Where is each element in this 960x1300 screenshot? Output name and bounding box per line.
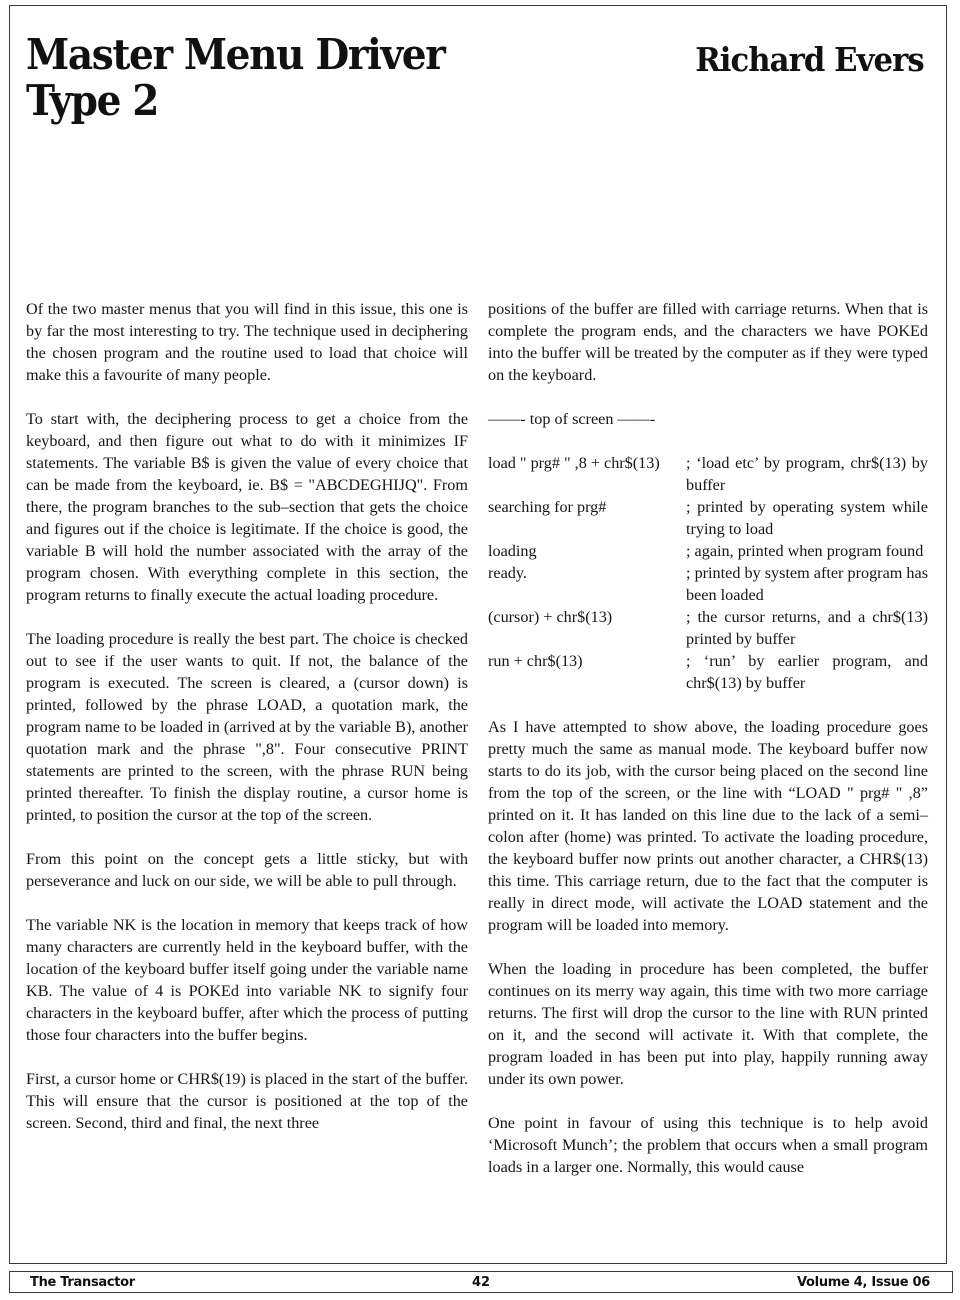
- listing-row: ready. ; printed by system after program…: [488, 562, 928, 606]
- listing-row: load " prg# " ,8 + chr$(13) ; ‘load etc’…: [488, 452, 928, 496]
- paragraph: One point in favour of using this techni…: [488, 1112, 928, 1178]
- screen-listing: load " prg# " ,8 + chr$(13) ; ‘load etc’…: [488, 452, 928, 694]
- publication-name: The Transactor: [30, 1273, 135, 1293]
- paragraph: positions of the buffer are filled with …: [488, 298, 928, 386]
- author-name: Richard Evers: [696, 40, 924, 80]
- issue-label: Volume 4, Issue 06: [797, 1273, 930, 1293]
- paragraph: As I have attempted to show above, the l…: [488, 716, 928, 936]
- paragraph: To start with, the deciphering process t…: [26, 408, 468, 606]
- page-number: 42: [472, 1273, 490, 1293]
- listing-comment: ; ‘run’ by earlier program, and chr$(13)…: [686, 650, 928, 694]
- listing-command: run + chr$(13): [488, 650, 686, 694]
- paragraph: First, a cursor home or CHR$(19) is plac…: [26, 1068, 468, 1134]
- listing-comment: ; printed by system after program has be…: [686, 562, 928, 606]
- listing-row: loading ; again, printed when program fo…: [488, 540, 928, 562]
- listing-comment: ; again, printed when program found: [686, 540, 928, 562]
- paragraph: Of the two master menus that you will fi…: [26, 298, 468, 386]
- paragraph: When the loading in procedure has been c…: [488, 958, 928, 1090]
- listing-command: loading: [488, 540, 686, 562]
- listing-row: (cursor) + chr$(13) ; the cursor returns…: [488, 606, 928, 650]
- listing-command: (cursor) + chr$(13): [488, 606, 686, 650]
- listing-command: load " prg# " ,8 + chr$(13): [488, 452, 686, 496]
- left-column: Of the two master menus that you will fi…: [26, 298, 468, 1156]
- listing-comment: ; the cursor returns, and a chr$(13) pri…: [686, 606, 928, 650]
- paragraph: The loading procedure is really the best…: [26, 628, 468, 826]
- title-line-1: Master Menu Driver: [26, 32, 444, 78]
- page-footer: The Transactor 42 Volume 4, Issue 06: [9, 1271, 953, 1293]
- listing-row: run + chr$(13) ; ‘run’ by earlier progra…: [488, 650, 928, 694]
- listing-row: searching for prg# ; printed by operatin…: [488, 496, 928, 540]
- right-column: positions of the buffer are filled with …: [488, 298, 928, 1200]
- listing-comment: ; printed by operating system while tryi…: [686, 496, 928, 540]
- listing-separator: ——- top of screen ——-: [488, 408, 928, 430]
- article-title: Master Menu Driver Type 2: [26, 32, 444, 124]
- listing-command: searching for prg#: [488, 496, 686, 540]
- paragraph: The variable NK is the location in memor…: [26, 914, 468, 1046]
- title-line-2: Type 2: [26, 78, 444, 124]
- listing-comment: ; ‘load etc’ by program, chr$(13) by buf…: [686, 452, 928, 496]
- listing-command: ready.: [488, 562, 686, 606]
- paragraph: From this point on the concept gets a li…: [26, 848, 468, 892]
